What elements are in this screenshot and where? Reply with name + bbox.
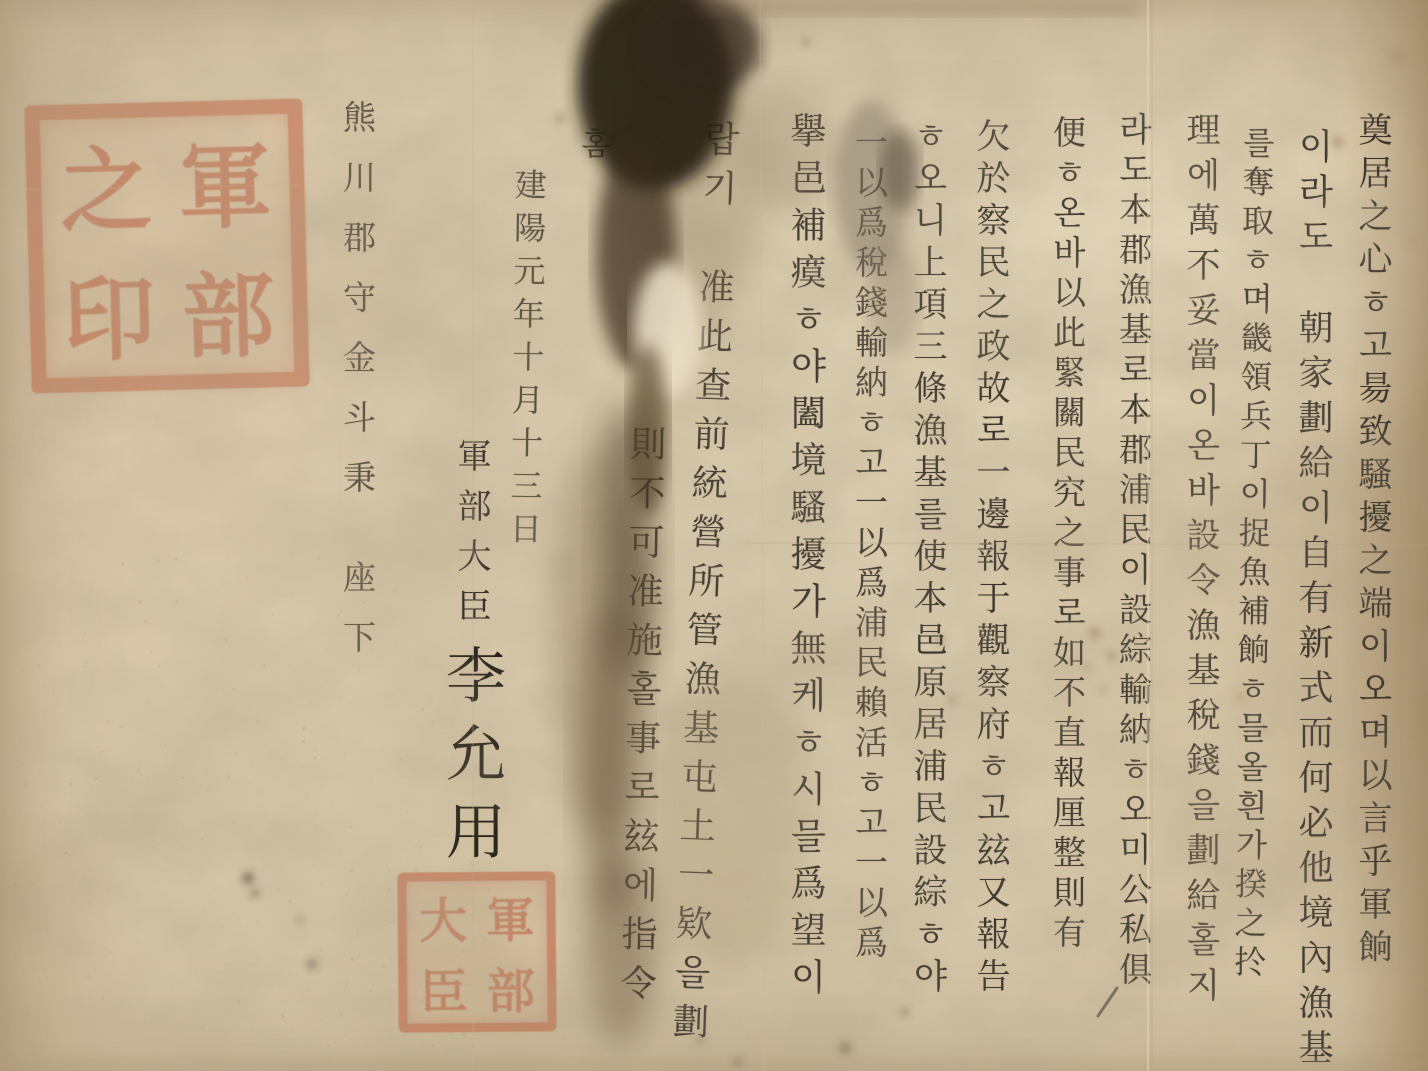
correction-slash-mark [1098,988,1117,1016]
column-11-opening: 랍기 [696,119,740,218]
text-column-11: 랍기准此查前統營所管漁基屯土一欵을劃 [661,119,744,1052]
addressee-name: 熊川郡守金斗秉 [338,100,377,520]
signature-column: 軍部大臣李允用 [428,438,514,878]
text-column-5: 라도本郡漁基로本郡浦民이設綜輸納ㅎ오미公私俱 [1110,112,1157,992]
text-column-7: 欠於察民之政故로一邊報于觀察府ㅎ고玆又報告 [966,118,1015,1000]
text-column-9: 一以爲稅錢輸納ㅎ고一以爲浦民賴活ㅎ고一以爲 [846,125,893,965]
addressee-honorific: 座下 [338,560,377,680]
text-column-6: 便ㅎ온바以此緊關民究之事로如不直報厘整則有 [1044,115,1091,955]
manuscript-page: 軍 部 之 印 軍 部 大 臣 奠居之心ㅎ고昜致騷擾之端이오며以言乎軍餉 이라도… [0,0,1428,1071]
closing-word: 홈 [570,128,614,158]
column-11-body: 准此查前統營所管漁基屯土一欵을劃 [666,267,734,1052]
seal-glyph: 部 [478,953,543,1022]
seal-glyph: 臣 [411,953,476,1022]
text-column-3: 를奪取ㅎ며畿領兵丁이捉魚補餉ㅎ믈올흰가揆之扵 [1225,126,1280,984]
column-2-opening: 이라도 [1293,128,1333,263]
seal-glyph: 軍 [478,882,543,951]
text-column-2: 이라도朝家劃給이自有新式而何必他境內漁基 [1288,128,1338,1071]
official-red-seal-top-left: 軍 部 之 印 [24,98,309,393]
seal-glyph: 印 [51,249,168,376]
text-column-1: 奠居之心ㅎ고昜致騷擾之端이오며以言乎軍餉 [1348,112,1397,972]
seal-glyph: 軍 [166,117,283,244]
addressee-column: 熊川郡守金斗秉座下 [334,100,381,680]
mold-speckles [20,600,450,1040]
text-column-4: 理에萬不妥當이온바設令漁基稅錢을劃給홀지 [1176,112,1225,1012]
text-column-12: 則不可准施홀事로玆에指令 [610,425,671,1014]
sender-title: 軍部大臣 [451,438,491,638]
text-column-10: 擧邑補瘼ㅎ야闔境騷擾가無케ㅎ시믈爲望이 [780,112,831,1005]
official-red-seal-signature: 軍 部 大 臣 [397,871,556,1032]
respect-space [713,218,717,268]
seal-glyph: 之 [47,120,164,247]
seal-glyph: 大 [411,882,476,951]
column-2-body: 朝家劃給이自有新式而何必他境內漁基 [1293,309,1333,1071]
respect-space [1312,263,1314,309]
honorific-space [356,520,358,560]
text-column-8: ㅎ오니上項三條漁基를使本邑原居浦民設綜ㅎ야 [903,118,952,1000]
sender-name-signature: 李允用 [436,644,506,878]
seal-glyph: 部 [170,246,287,373]
